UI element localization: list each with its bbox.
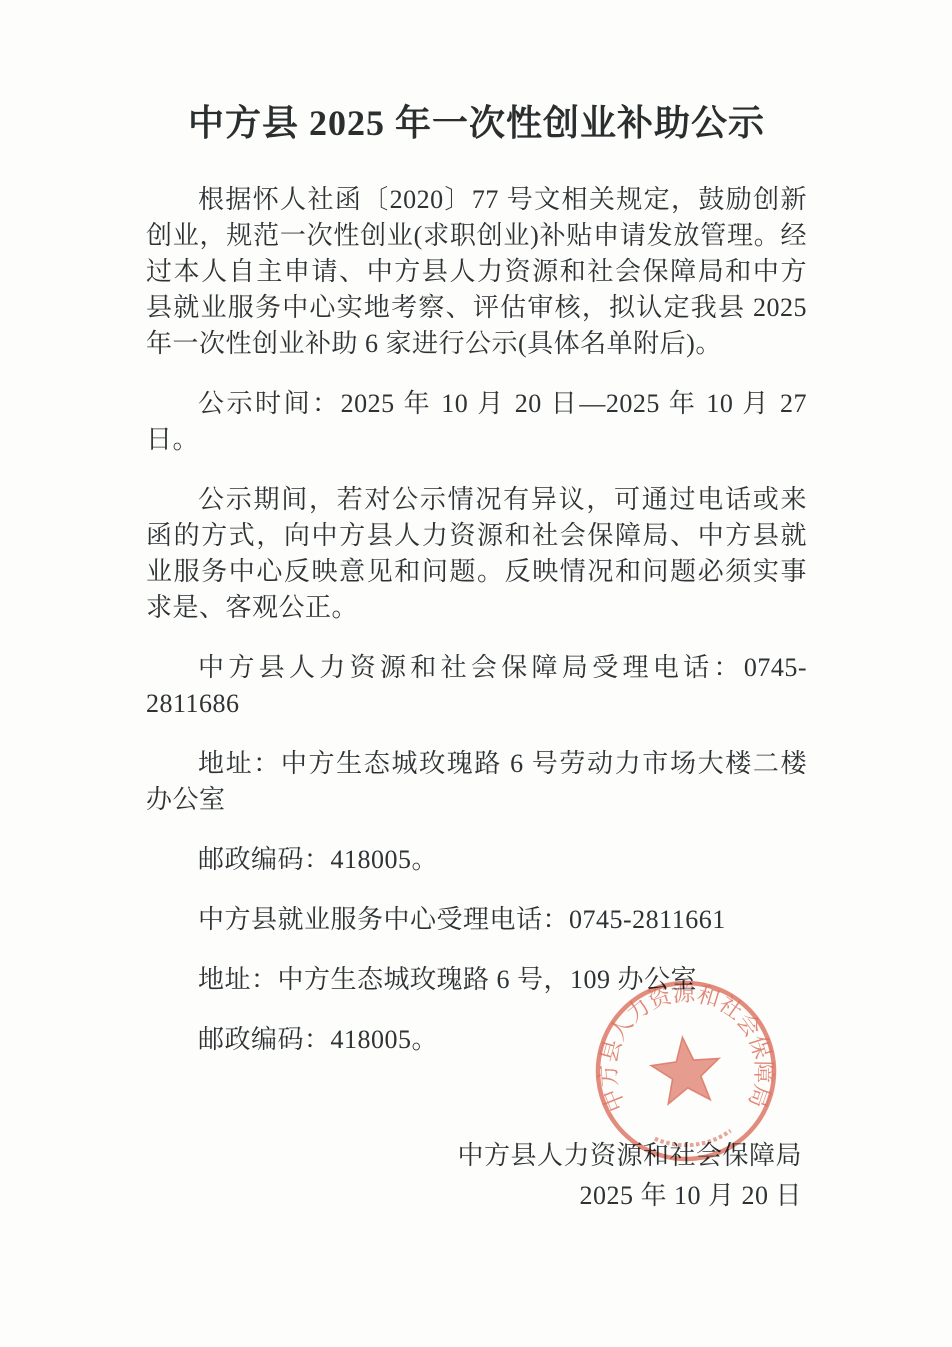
document-body: 中方县 2025 年一次性创业补助公示 根据怀人社函〔2020〕77 号文相关规…	[0, 0, 952, 1216]
paragraph-hr-bureau-phone: 中方县人力资源和社会保障局受理电话：0745-2811686	[146, 650, 807, 722]
notice-document-page: 中方县 2025 年一次性创业补助公示 根据怀人社函〔2020〕77 号文相关规…	[0, 0, 952, 1347]
page-title: 中方县 2025 年一次性创业补助公示	[146, 98, 807, 148]
paragraph-objection: 公示期间，若对公示情况有异议，可通过电话或来函的方式，向中方县人力资源和社会保障…	[146, 482, 807, 626]
signature-org: 中方县人力资源和社会保障局	[146, 1136, 802, 1176]
signature-date: 2025 年 10 月 20 日	[146, 1176, 802, 1216]
paragraph-hr-bureau-postcode: 邮政编码：418005。	[146, 842, 807, 878]
paragraph-employment-center-phone: 中方县就业服务中心受理电话：0745-2811661	[146, 902, 807, 938]
paragraph-notice-period: 公示时间：2025 年 10 月 20 日—2025 年 10 月 27 日。	[146, 386, 807, 458]
paragraph-employment-center-address: 地址：中方生态城玫瑰路 6 号，109 办公室	[146, 962, 807, 998]
paragraph-hr-bureau-address: 地址：中方生态城玫瑰路 6 号劳动力市场大楼二楼办公室	[146, 746, 807, 818]
signature-block: 中方县人力资源和社会保障局 2025 年 10 月 20 日	[146, 1136, 802, 1216]
paragraph-employment-center-postcode: 邮政编码：418005。	[146, 1022, 807, 1058]
paragraph-intro: 根据怀人社函〔2020〕77 号文相关规定，鼓励创新创业，规范一次性创业(求职创…	[146, 182, 807, 362]
